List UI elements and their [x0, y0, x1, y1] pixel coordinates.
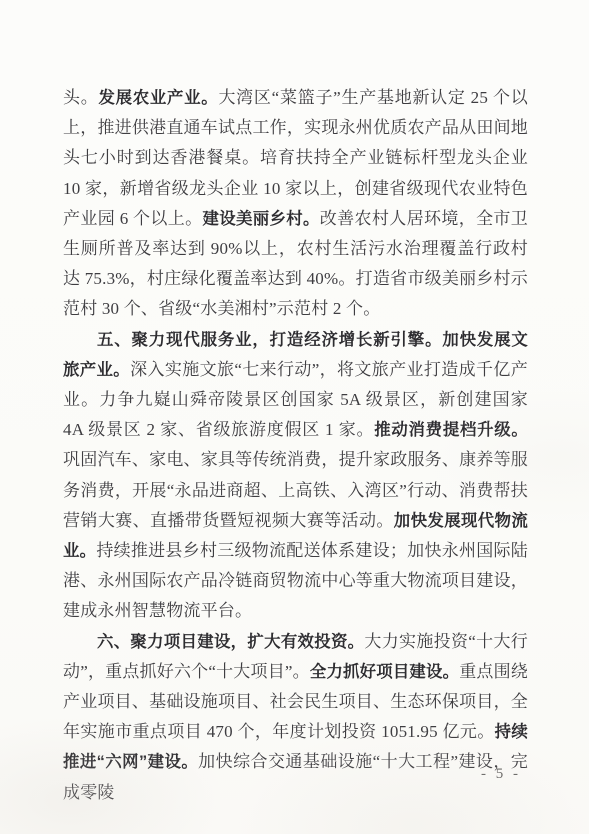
bold-text-run: 五、聚力现代服务业，打造经济增长新引擎。: [97, 331, 442, 349]
text-run: 头。: [63, 88, 99, 107]
paragraph: 头。发展农业产业。大湾区“菜篮子”生产基地新认定 25 个以上，推进供港直通车试…: [63, 83, 528, 325]
bold-text-run: 推动消费提档升级。: [374, 421, 528, 439]
paragraph: 六、聚力项目建设，扩大有效投资。大力实施投资“十大行动”，重点抓好六个“十大项目…: [63, 627, 528, 808]
text-run: 持续推进县乡村三级物流配送体系建设；加快永州国际陆港、永州国际农产品冷链商贸物流…: [63, 541, 528, 620]
page-number: - 5 -: [481, 766, 521, 783]
bold-text-run: 六、聚力项目建设，扩大有效投资。: [97, 633, 364, 651]
bold-text-run: 全力抓好项目建设。: [310, 663, 459, 681]
paragraph: 五、聚力现代服务业，打造经济增长新引擎。加快发展文旅产业。深入实施文旅“七来行动…: [63, 325, 528, 627]
document-page: 头。发展农业产业。大湾区“菜篮子”生产基地新认定 25 个以上，推进供港直通车试…: [0, 0, 589, 834]
bold-text-run: 发展农业产业。: [99, 89, 219, 107]
document-body: 头。发展农业产业。大湾区“菜篮子”生产基地新认定 25 个以上，推进供港直通车试…: [63, 83, 528, 808]
text-run: 大湾区“菜篮子”生产基地新认定 25 个以上，推进供港直通车试点工作，实现永州优…: [63, 88, 528, 228]
bold-text-run: 建设美丽乡村。: [202, 210, 319, 228]
